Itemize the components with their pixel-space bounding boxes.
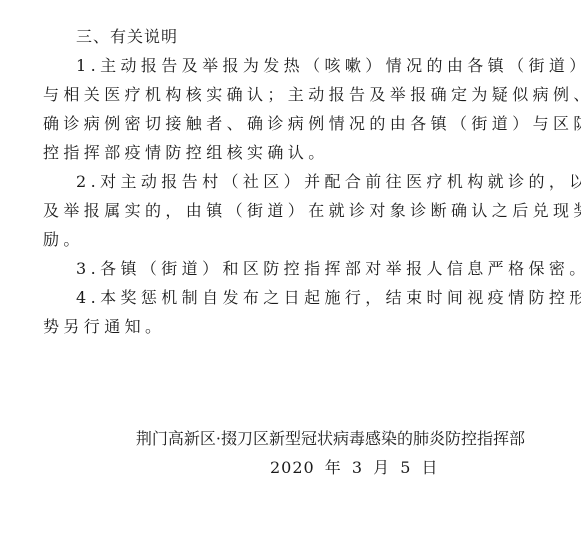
paragraph-1-line-4: 控指挥部疫情防控组核实确认。 (43, 138, 525, 167)
paragraph-4-line-1: 4.本奖惩机制自发布之日起施行，结束时间视疫情防控形 (76, 283, 525, 312)
signature-date: 2020 年 3 月 5 日 (270, 453, 439, 482)
document-page: 三、有关说明 1.主动报告及举报为发热（咳嗽）情况的由各镇（街道） 与相关医疗机… (0, 0, 581, 552)
paragraph-1-line-1: 1.主动报告及举报为发热（咳嗽）情况的由各镇（街道） (76, 51, 525, 80)
signature-organization: 荆门高新区·掇刀区新型冠状病毒感染的肺炎防控指挥部 (136, 424, 525, 453)
paragraph-2-line-1: 2.对主动报告村（社区）并配合前往医疗机构就诊的，以 (76, 167, 525, 196)
paragraph-2-line-2: 及举报属实的，由镇（街道）在就诊对象诊断确认之后兑现奖 (43, 196, 525, 225)
paragraph-2-line-3: 励。 (43, 225, 525, 254)
paragraph-1-line-2: 与相关医疗机构核实确认；主动报告及举报确定为疑似病例、 (43, 80, 525, 109)
paragraph-4-line-2: 势另行通知。 (43, 312, 525, 341)
paragraph-3-line-1: 3.各镇（街道）和区防控指挥部对举报人信息严格保密。 (76, 254, 525, 283)
paragraph-1-line-3: 确诊病例密切接触者、确诊病例情况的由各镇（街道）与区防 (43, 109, 525, 138)
section-title: 三、有关说明 (76, 22, 558, 51)
